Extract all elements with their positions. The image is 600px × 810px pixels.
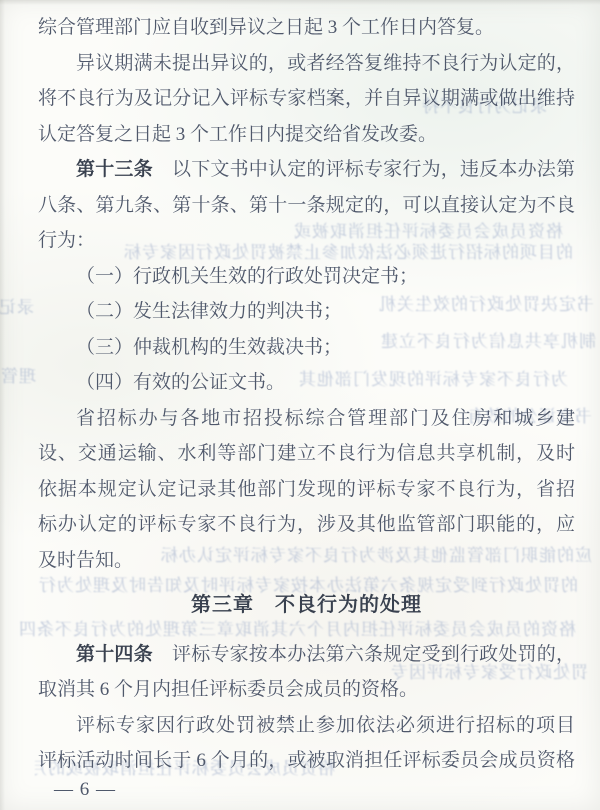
- article-number: 第十四条: [76, 644, 153, 665]
- text-line: （三）仲裁机构的生效裁决书；: [38, 330, 575, 366]
- line-text: 异议期满未提出异议的，或者经答复维持不良行为认定的，: [76, 53, 575, 74]
- page-number: — 6 —: [54, 779, 116, 801]
- scan-edge-shadow-left: [0, 0, 5, 810]
- text-line: 评标活动时间长于 6 个月的，或被取消担任评标委员会成员资格: [38, 743, 575, 779]
- line-text: 将不良行为及记分记入评标专家档案，并自异议期满或做出维持: [38, 88, 575, 109]
- text-line: （二）发生法律效力的判决书；: [38, 294, 575, 330]
- text-line: 依据本规定认定记录其他部门发现的评标专家不良行为，省招: [38, 472, 575, 508]
- line-text: 评标专家因行政处罚被禁止参加依法必须进行招标的项目: [76, 715, 575, 736]
- text-line: 行为：: [38, 223, 575, 259]
- line-text: 依据本规定认定记录其他部门发现的评标专家不良行为，省招: [38, 479, 575, 500]
- line-text: 取消其 6 个月内担任评标委员会成员的资格。: [38, 679, 418, 700]
- text-line: 设、交通运输、水利等部门建立不良行为信息共享机制，及时: [38, 436, 575, 472]
- text-line: 取消其 6 个月内担任评标委员会成员的资格。: [38, 672, 575, 708]
- text-line: 标办认定的评标专家不良行为，涉及其他监管部门职能的，应: [38, 507, 575, 543]
- line-text: 及时告知。: [38, 550, 133, 571]
- line-text: 评标活动时间长于 6 个月的，或被取消担任评标委员会成员资格: [38, 750, 575, 771]
- text-line: （一）行政机关生效的行政处罚决定书；: [38, 259, 575, 295]
- line-text: 综合管理部门应自收到异议之日起 3 个工作日内答复。: [38, 17, 494, 38]
- line-text: （三）仲裁机构的生效裁决书；: [76, 337, 342, 358]
- line-text: 行为：: [38, 230, 95, 251]
- text-line: 及时告知。: [38, 543, 575, 579]
- scanned-page: 录记为行良不持格资员成会员委标评任担消取被或的目项的标招行进须必法依加参止禁被罚…: [0, 0, 600, 810]
- text-line: 省招标办与各地市招投标综合管理部门及住房和城乡建: [38, 401, 575, 437]
- bleed-through-smudge: 录记: [0, 297, 34, 319]
- text-line: 评标专家因行政处罚被禁止参加依法必须进行招标的项目: [38, 708, 575, 744]
- scan-edge-shadow-top: [0, 0, 600, 5]
- text-line: 第十三条 以下文书中认定的评标专家行为，违反本办法第: [38, 152, 575, 188]
- document-body: 综合管理部门应自收到异议之日起 3 个工作日内答复。异议期满未提出异议的，或者经…: [38, 10, 575, 779]
- text-line: 综合管理部门应自收到异议之日起 3 个工作日内答复。: [38, 10, 575, 46]
- line-text: （二）发生法律效力的判决书；: [76, 301, 342, 322]
- line-text: 评标专家按本办法第六条规定受到行政处罚的，: [153, 644, 575, 665]
- text-line: （四）有效的公证文书。: [38, 365, 575, 401]
- line-text: 标办认定的评标专家不良行为，涉及其他监管部门职能的，应: [38, 514, 575, 535]
- text-line: 异议期满未提出异议的，或者经答复维持不良行为认定的，: [38, 46, 575, 82]
- article-number: 第三章 不良行为的处理: [191, 594, 422, 616]
- line-text: 认定答复之日起 3 个工作日内提交给省发改委。: [38, 124, 437, 145]
- line-text: 八条、第九条、第十条、第十一条规定的，可以直接认定为不良: [38, 195, 575, 216]
- text-line: 八条、第九条、第十条、第十一条规定的，可以直接认定为不良: [38, 188, 575, 224]
- line-text: （一）行政机关生效的行政处罚决定书；: [76, 266, 418, 287]
- line-text: （四）有效的公证文书。: [76, 372, 285, 393]
- text-line: 将不良行为及记分记入评标专家档案，并自异议期满或做出维持: [38, 81, 575, 117]
- text-line: 认定答复之日起 3 个工作日内提交给省发改委。: [38, 117, 575, 153]
- bleed-through-smudge: 理管: [0, 366, 36, 388]
- chapter-heading: 第三章 不良行为的处理: [38, 588, 575, 624]
- article-number: 第十三条: [76, 159, 153, 180]
- line-text: 以下文书中认定的评标专家行为，违反本办法第: [153, 159, 575, 180]
- line-text: 设、交通运输、水利等部门建立不良行为信息共享机制，及时: [38, 443, 575, 464]
- text-line: 第十四条 评标专家按本办法第六条规定受到行政处罚的，: [38, 637, 575, 673]
- line-text: 省招标办与各地市招投标综合管理部门及住房和城乡建: [76, 408, 575, 429]
